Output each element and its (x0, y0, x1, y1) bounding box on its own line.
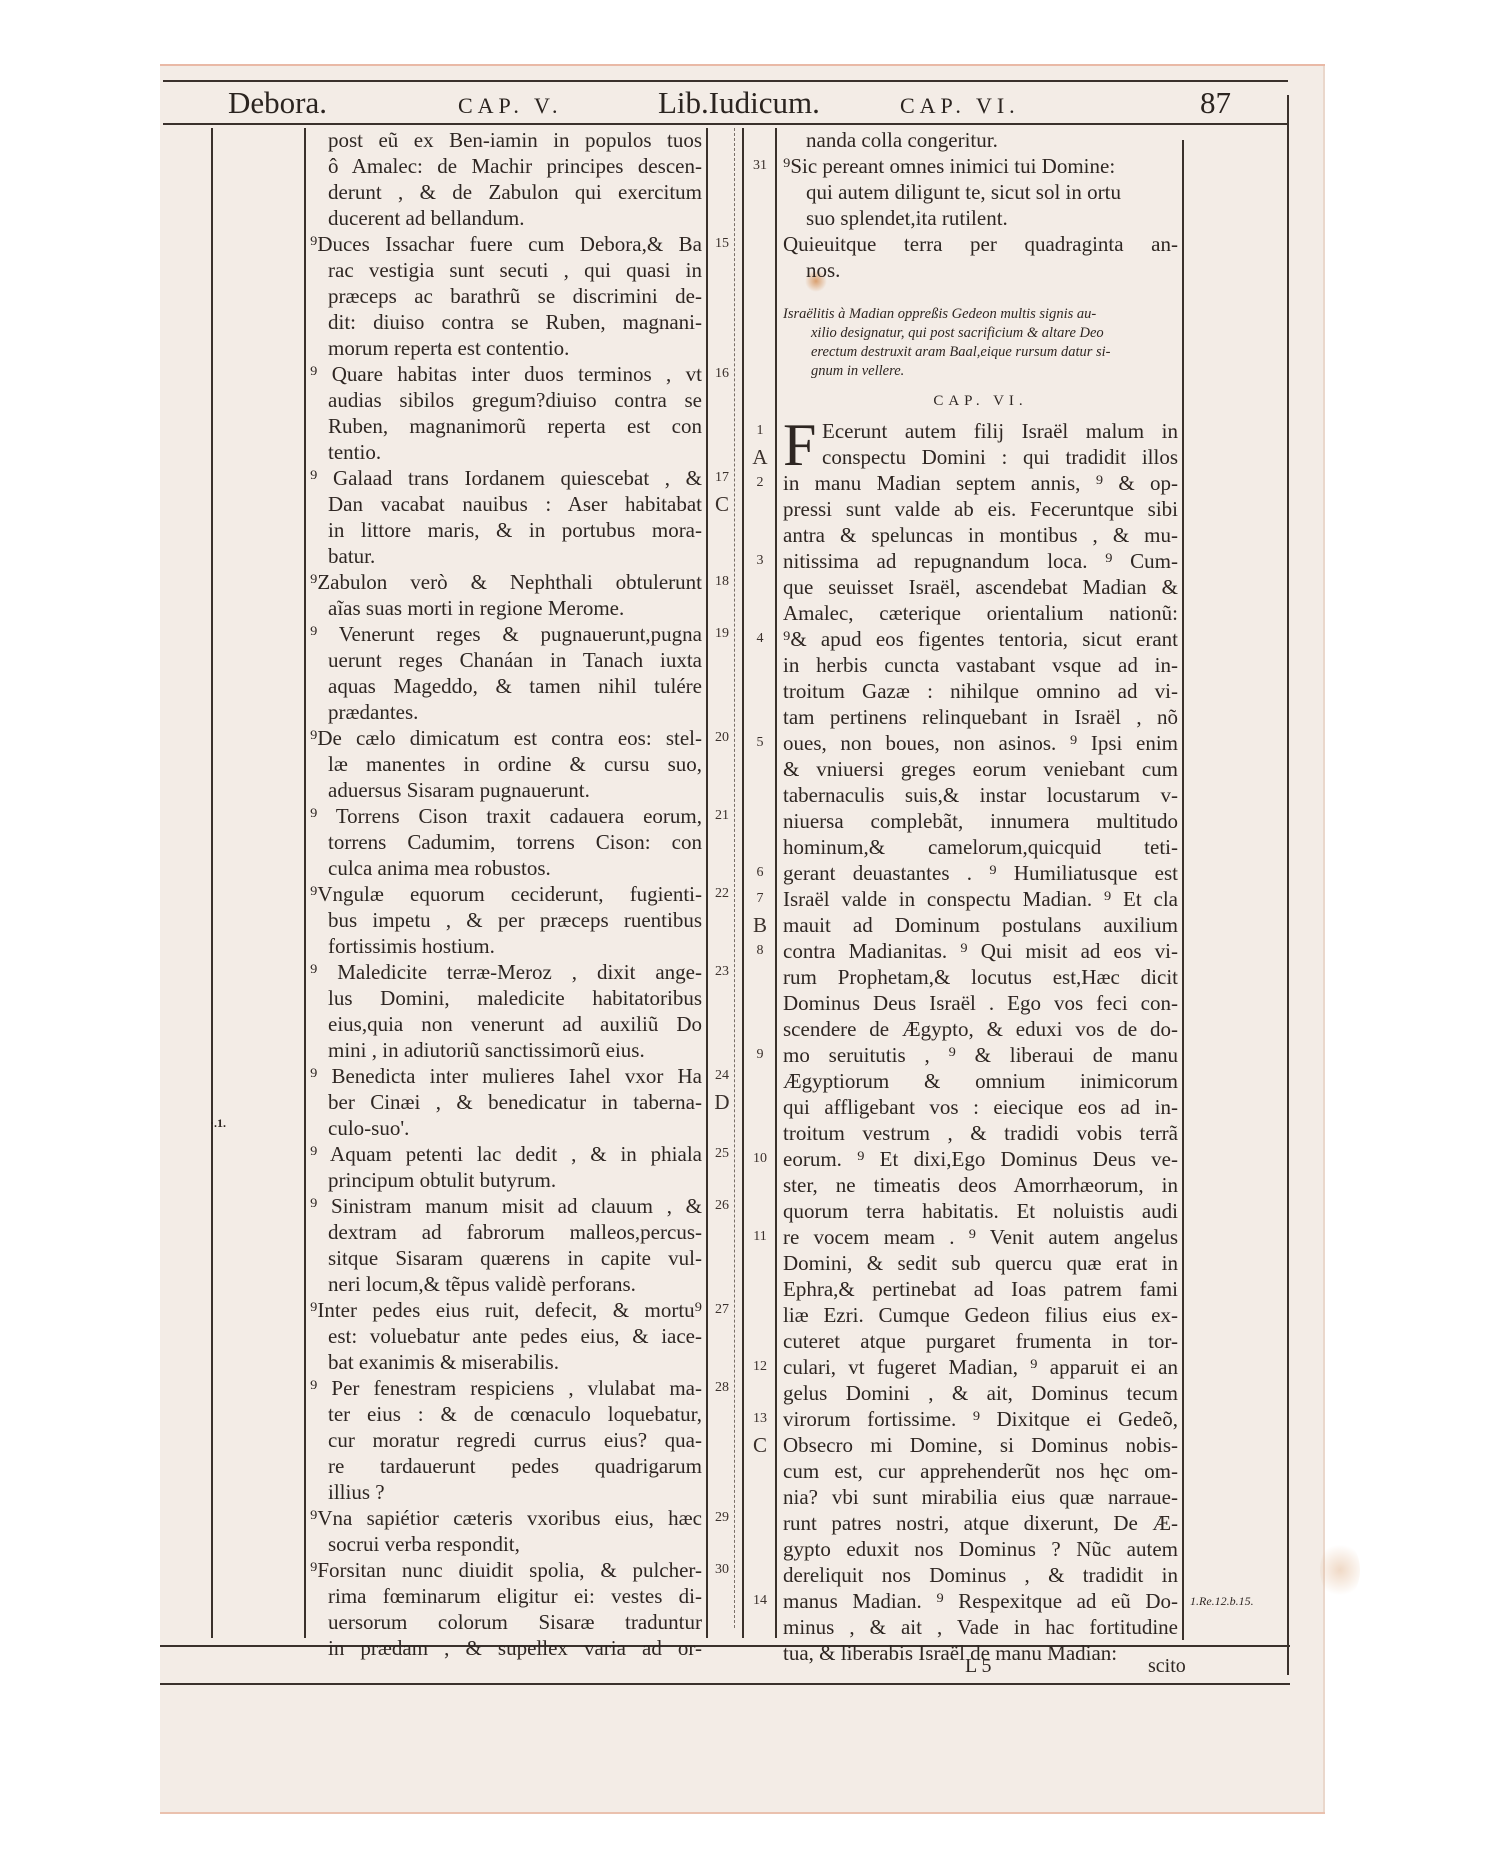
verse-line: rac vestigia sunt secuti , qui quasi in (328, 257, 702, 283)
verse-number: 6 (748, 860, 772, 886)
verse-number: 14 (748, 1588, 772, 1614)
section-letter: C (748, 1432, 772, 1458)
outer-left-rule (211, 128, 213, 1638)
verse-line: audias sibilos gregum?diuiso contra se (328, 387, 702, 413)
verse-line: culo-suo'. (328, 1115, 702, 1141)
verse-line: qui autem diligunt te, sicut sol in ortu (806, 179, 1178, 205)
verse-number: 5 (748, 730, 772, 756)
verse-line: ⁹Vna sapiétior cæteris vxoribus eius, hæ… (310, 1505, 702, 1531)
verse-line: antra & speluncas in montibus , & mu- (783, 522, 1178, 548)
verse-line: ster, ne timeatis deos Amorrhæorum, in (783, 1172, 1178, 1198)
verse-line: batur. (328, 543, 702, 569)
verse-line: cur moratur regredi currus eius? qua- (328, 1427, 702, 1453)
verse-line: contra Madianitas. ⁹ Qui misit ad eos vi… (783, 938, 1178, 964)
verse-line: bus impetu , & per præceps ruentibus (328, 907, 702, 933)
verse-line: scendere de Ægypto, & eduxi vos de do- (783, 1016, 1178, 1042)
left-verse-rule (706, 128, 708, 1638)
verse-number: 27 (710, 1297, 734, 1323)
verse-number: 8 (748, 938, 772, 964)
verse-line: rum Prophetam,& locutus est,Hæc dicit (783, 964, 1178, 990)
gutter-dashed-rule (734, 128, 736, 1628)
verse-line: ber Cinæi , & benedicatur in taberna- (328, 1089, 702, 1115)
verse-line: derunt , & de Zabulon qui exercitum (328, 179, 702, 205)
catchword: scito (1148, 1655, 1186, 1678)
verse-line: nanda colla congeritur. (806, 127, 1178, 153)
verse-line: præceps ac barathrũ se discrimini de- (328, 283, 702, 309)
verse-line: ⁹Sic pereant omnes inimici tui Domine: (783, 153, 1178, 179)
right-verse-rule (775, 128, 777, 1638)
running-head-book: Lib.Iudicum. (658, 85, 820, 121)
verse-line: nia? vbi sunt mirabilia eius quæ narraue… (783, 1484, 1178, 1510)
verse-line: manus Madian. ⁹ Respexitque ad eũ Do- (783, 1588, 1178, 1614)
cross-reference-note: 1.Re.12.b.15. (1190, 1594, 1254, 1609)
verse-line: ducerent ad bellandum. (328, 205, 702, 231)
verse-line: dextram ad fabrorum malleos,percus- (328, 1219, 702, 1245)
verse-line: mo seruitutis , ⁹ & liberaui de manu (783, 1042, 1178, 1068)
verse-number: 18 (710, 569, 734, 595)
header-bottom-rule (163, 123, 1288, 125)
verse-line: in manu Madian septem annis, ⁹ & op- (783, 470, 1178, 496)
verse-line: pressi sunt valde ab eis. Feceruntque si… (783, 496, 1178, 522)
verse-line: ⁹ Aquam petenti lac dedit , & in phiala (310, 1141, 702, 1167)
verse-line: Dan vacabat nauibus : Aser habitabat (328, 491, 702, 517)
verse-line: & vniuersi greges eorum veniebant cum (783, 756, 1178, 782)
verse-line: sitque Sisaram quærens in capite vul- (328, 1245, 702, 1271)
verse-line: in littore maris, & in portubus mora- (328, 517, 702, 543)
gutter-rule (742, 128, 744, 1638)
verse-number: 10 (748, 1146, 772, 1172)
verse-number: 12 (748, 1354, 772, 1380)
verse-line: cum est, cur apprehenderũt nos hęc om- (783, 1458, 1178, 1484)
verse-line: Ægyptiorum & omnium inimicorum (783, 1068, 1178, 1094)
verse-line: tentio. (328, 439, 702, 465)
verse-number: 4 (748, 626, 772, 652)
verse-number: 13 (748, 1406, 772, 1432)
verse-line: liæ Ezri. Cumque Gedeon filius eius ex- (783, 1302, 1178, 1328)
verse-line: bat exanimis & miserabilis. (328, 1349, 702, 1375)
verse-line: læ manentes in ordine & cursu suo, (328, 751, 702, 777)
verse-line: prædantes. (328, 699, 702, 725)
running-head-chapter-right: CAP. VI. (900, 93, 1020, 119)
verse-line: ⁹Zabulon verò & Nephthali obtulerunt (310, 569, 702, 595)
verse-line: gelus Domini , & ait, Dominus tecum (783, 1380, 1178, 1406)
verse-line: Domini, & sedit sub quercu quæ erat in (783, 1250, 1178, 1276)
verse-line: nos. (806, 257, 1178, 283)
verse-number: 25 (710, 1141, 734, 1167)
verse-line: ter eius : & de cœnaculo loquebatur, (328, 1401, 702, 1427)
verse-line: quorum terra habitatis. Et noluistis aud… (783, 1198, 1178, 1224)
verse-number: 20 (710, 725, 734, 751)
verse-line: socrui verba respondit, (328, 1531, 702, 1557)
section-letter: D (710, 1089, 734, 1115)
verse-number: 2 (748, 470, 772, 496)
verse-line: troitum Gazæ : nihilque omnino ad vi- (783, 678, 1178, 704)
summary-line: Israëlitis à Madian oppreßis Gedeon mult… (783, 305, 1178, 324)
header-top-rule (163, 80, 1288, 82)
verse-number: 7 (748, 886, 772, 912)
section-letter: C (710, 491, 734, 517)
verse-line: minus , & ait , Vade in hac fortitudine (783, 1614, 1178, 1640)
verse-line: morum reperta est contentio. (328, 335, 702, 361)
verse-line: est: voluebatur ante pedes eius, & iace- (328, 1323, 702, 1349)
verse-line: nitissima ad repugnandum loca. ⁹ Cum- (783, 548, 1178, 574)
verse-line: in herbis cuncta vastabant vsque ad in- (783, 652, 1178, 678)
verse-line: Ruben, magnanimorũ reperta est con (328, 413, 702, 439)
verse-line: troitum vestrum , & tradidi vobis terrã (783, 1120, 1178, 1146)
verse-line: Ecerunt autem filij Israël malum in (822, 418, 1178, 444)
verse-line: mauit ad Dominum postulans auxilium (783, 912, 1178, 938)
running-head-left: Debora. (228, 85, 327, 121)
verse-line: hominum,& camelorum,quicquid teti- (783, 834, 1178, 860)
verse-number: 11 (748, 1224, 772, 1250)
verse-number: 3 (748, 548, 772, 574)
verse-line: re tardauerunt pedes quadrigarum (328, 1453, 702, 1479)
verse-line: gypto eduxit nos Dominus ? Nũc autem (783, 1536, 1178, 1562)
verse-number: 1 (748, 418, 772, 444)
verse-line: aquas Mageddo, & tamen nihil tulére (328, 673, 702, 699)
verse-line: ⁹ Per fenestram respiciens , vlulabat ma… (310, 1375, 702, 1401)
verse-number: 22 (710, 881, 734, 907)
verse-line: ⁹ Venerunt reges & pugnauerunt,pugna (310, 621, 702, 647)
margin-note-left: ·.1. (210, 1116, 226, 1131)
verse-line: ⁹ Maledicite terræ-Meroz , dixit ange- (310, 959, 702, 985)
verse-line: gerant deuastantes . ⁹ Humiliatusque est (783, 860, 1178, 886)
verse-line: tabernaculis suis,& instar locustarum v- (783, 782, 1178, 808)
section-letter: B (748, 912, 772, 938)
verse-line: ⁹De cælo dimicatum est contra eos: stel- (310, 725, 702, 751)
verse-line: suo splendet,ita rutilent. (806, 205, 1178, 231)
summary-line: xilio designatur, qui post sacrificium &… (783, 324, 1178, 343)
verse-line: Amalec, cæterique orientalium nationũ: (783, 600, 1178, 626)
footer-bottom-rule (160, 1683, 1290, 1685)
drop-cap: F (783, 418, 816, 472)
chapter-summary: Israëlitis à Madian oppreßis Gedeon mult… (783, 305, 1178, 381)
right-text-rule (1182, 140, 1184, 1640)
verse-line: Obsecro mi Domine, si Dominus nobis- (783, 1432, 1178, 1458)
verse-line: Dominus Deus Israël . Ego vos feci con- (783, 990, 1178, 1016)
verse-number: 29 (710, 1505, 734, 1531)
verse-line: Israël valde in conspectu Madian. ⁹ Et c… (783, 886, 1178, 912)
verse-line: ⁹Inter pedes eius ruit, defecit, & mortu… (310, 1297, 702, 1323)
verse-line: mini , in adiutoriũ sanctissimorũ eius. (328, 1037, 702, 1063)
verse-number: 16 (710, 361, 734, 387)
verse-line: dit: diuiso contra se Ruben, magnani- (328, 309, 702, 335)
verse-line: dereliquit nos Dominus , & tradidit in (783, 1562, 1178, 1588)
verse-number: 23 (710, 959, 734, 985)
verse-line: ⁹ Quare habitas inter duos terminos , vt (310, 361, 702, 387)
verse-number: 31 (748, 153, 772, 179)
verse-line: fortissimis hostium. (328, 933, 702, 959)
verse-line: ⁹Forsitan nunc diuidit spolia, & pulcher… (310, 1557, 702, 1583)
verse-line: ⁹& apud eos figentes tentoria, sicut era… (783, 626, 1178, 652)
verse-line: rima fœminarum eligitur ei: vestes di- (328, 1583, 702, 1609)
verse-number: 26 (710, 1193, 734, 1219)
verse-line: principum obtulit butyrum. (328, 1167, 702, 1193)
verse-line: ⁹ Galaad trans Iordanem quiescebat , & (310, 465, 702, 491)
verse-number: 21 (710, 803, 734, 829)
verse-line: culca anima mea robustos. (328, 855, 702, 881)
verse-line: Ephra,& pertinebat ad Ioas patrem fami (783, 1276, 1178, 1302)
verse-number: 19 (710, 621, 734, 647)
verse-line: qui affligebant vos : eiecique eos ad in… (783, 1094, 1178, 1120)
verse-line: Quieuitque terra per quadraginta an- (783, 231, 1178, 257)
verse-number: 24 (710, 1063, 734, 1089)
verse-line: oues, non boues, non asinos. ⁹ Ipsi enim (783, 730, 1178, 756)
verse-line: niuersa complebãt, innumera multitudo (783, 808, 1178, 834)
foxing-stain (1320, 1540, 1360, 1600)
verse-line: ⁹Vngulæ equorum ceciderunt, fugienti- (310, 881, 702, 907)
verse-line: que seuisset Israël, ascendebat Madian & (783, 574, 1178, 600)
verse-line: eius,quia non venerunt ad auxiliũ Do (328, 1011, 702, 1037)
verse-line: ⁹Duces Issachar fuere cum Debora,& Ba (310, 231, 702, 257)
section-letter: A (748, 444, 772, 470)
chapter-heading: CAP. VI. (783, 393, 1178, 410)
page-number: 87 (1200, 85, 1231, 121)
verse-line: eorum. ⁹ Et dixi,Ego Dominus Deus ve- (783, 1146, 1178, 1172)
verse-line: culari, vt fugeret Madian, ⁹ apparuit ei… (783, 1354, 1178, 1380)
verse-line: post eũ ex Ben-iamin in populos tuos (328, 127, 702, 153)
verse-line: illius ? (328, 1479, 702, 1505)
verse-number: 30 (710, 1557, 734, 1583)
verse-number: 9 (748, 1042, 772, 1068)
verse-line: ⁹ Sinistram manum misit ad clauum , & (310, 1193, 702, 1219)
verse-line: ⁹ Benedicta inter mulieres Iahel vxor Ha (310, 1063, 702, 1089)
verse-line: uersorum colorum Sisaræ traduntur (328, 1609, 702, 1635)
verse-line: virorum fortissime. ⁹ Dixitque ei Gedeõ, (783, 1406, 1178, 1432)
left-text-rule (304, 128, 306, 1638)
signature-mark: L 5 (965, 1655, 991, 1678)
verse-line: conspectu Domini : qui tradidit illos (822, 444, 1178, 470)
verse-line: ô Amalec: de Machir principes descen- (328, 153, 702, 179)
verse-line: torrens Cadumim, torrens Cison: con (328, 829, 702, 855)
verse-line: tam pertinens relinquebant in Israël , n… (783, 704, 1178, 730)
verse-line: ⁹ Torrens Cison traxit cadauera eorum, (310, 803, 702, 829)
verse-line: aĩas suas morti in regione Merome. (328, 595, 702, 621)
verse-line: lus Domini, maledicite habitatoribus (328, 985, 702, 1011)
verse-line: cuteret atque purgaret frumenta in tor- (783, 1328, 1178, 1354)
verse-line: aduersus Sisaram pugnauerunt. (328, 777, 702, 803)
summary-line: erectum destruxit aram Baal,eique rursum… (783, 343, 1178, 362)
verse-line: uerunt reges Chanáan in Tanach iuxta (328, 647, 702, 673)
running-head-chapter-left: CAP. V. (458, 93, 563, 119)
verse-line: in prædam , & supellex varia ad or- (328, 1635, 702, 1661)
verse-number: 17 (710, 465, 734, 491)
verse-line: re vocem meam . ⁹ Venit autem angelus (783, 1224, 1178, 1250)
verse-line: neri locum,& tẽpus validè perforans. (328, 1271, 702, 1297)
verse-number: 15 (710, 231, 734, 257)
summary-line: gnum in vellere. (783, 362, 1178, 381)
verse-line: runt patres nostri, atque dixerunt, De Æ… (783, 1510, 1178, 1536)
outer-right-rule (1287, 95, 1289, 1675)
verse-number: 28 (710, 1375, 734, 1401)
